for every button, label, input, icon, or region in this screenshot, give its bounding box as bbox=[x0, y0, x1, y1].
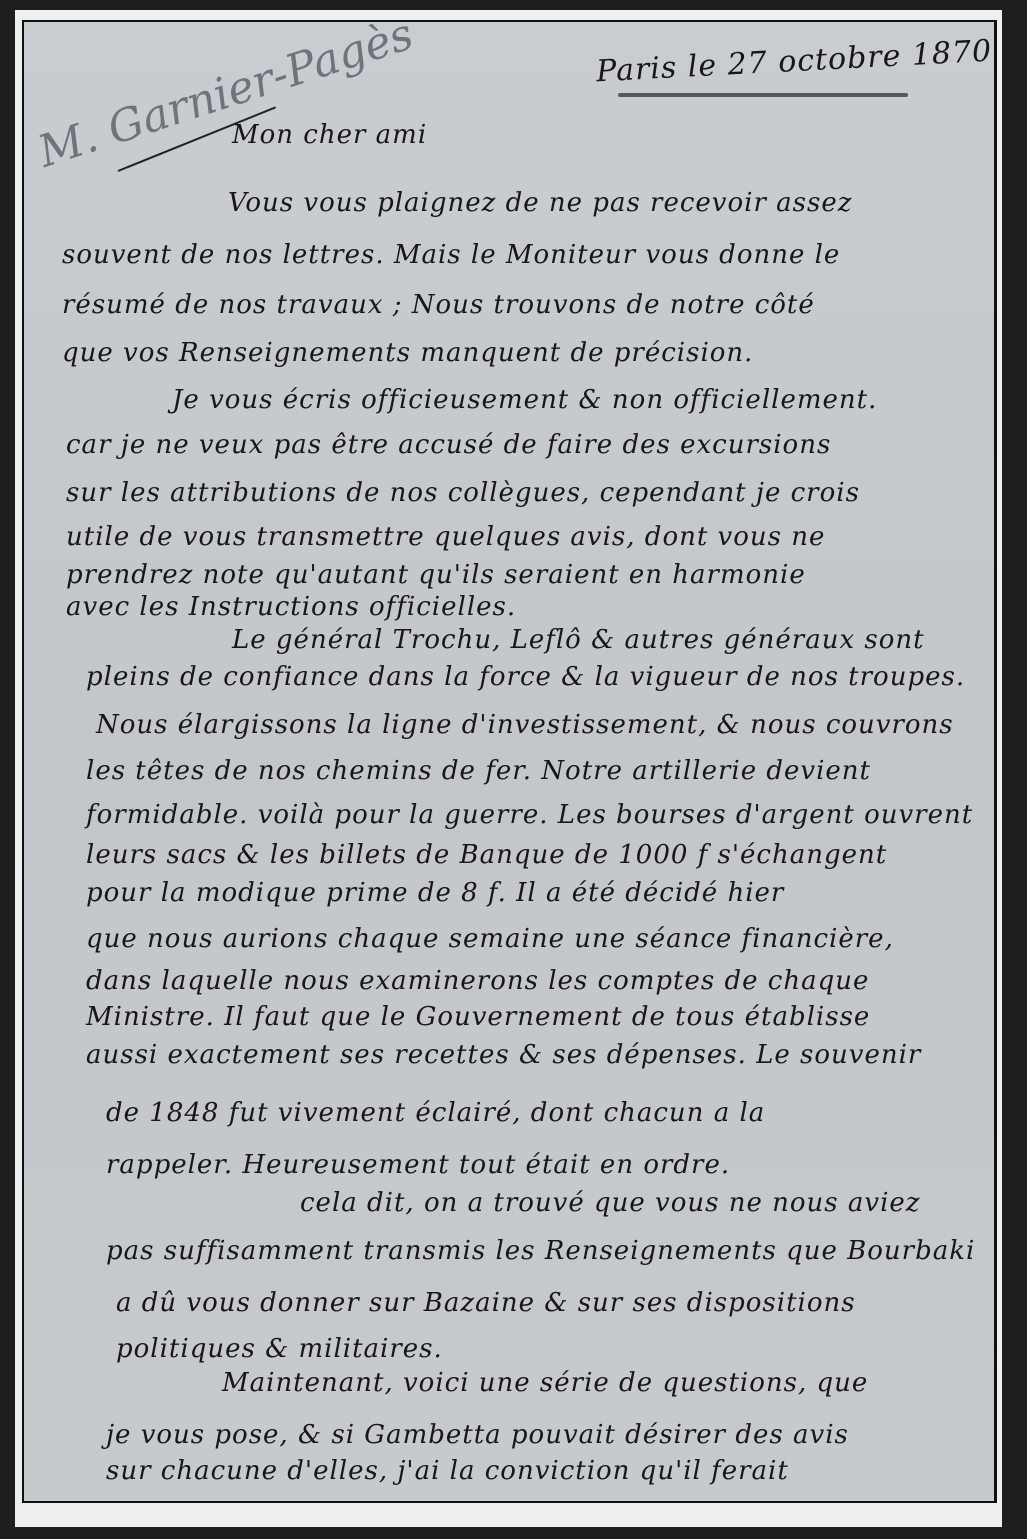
letter-line: formidable. voilà pour la guerre. Les bo… bbox=[86, 800, 973, 830]
letter-line: les têtes de nos chemins de fer. Notre a… bbox=[86, 756, 871, 786]
letter-line: dans laquelle nous examinerons les compt… bbox=[86, 966, 869, 996]
letter-line: que nous aurions chaque semaine une séan… bbox=[86, 924, 894, 954]
letter-line: Nous élargissons la ligne d'investisseme… bbox=[96, 710, 954, 740]
letter-line: sur les attributions de nos collègues, c… bbox=[66, 478, 860, 508]
letter-line: rappeler. Heureusement tout était en ord… bbox=[106, 1150, 730, 1180]
letter-line: utile de vous transmettre quelques avis,… bbox=[66, 522, 825, 552]
letter-line: avec les Instructions officielles. bbox=[66, 592, 516, 622]
letter-line: prendrez note qu'autant qu'ils seraient … bbox=[66, 560, 806, 590]
salutation: Mon cher ami bbox=[232, 120, 427, 150]
letter-line: résumé de nos travaux ; Nous trouvons de… bbox=[62, 290, 815, 320]
letter-line: de 1848 fut vivement éclairé, dont chacu… bbox=[106, 1098, 765, 1128]
letter-line: politiques & militaires. bbox=[116, 1334, 443, 1364]
letter-line: cela dit, on a trouvé que vous ne nous a… bbox=[300, 1188, 920, 1218]
letter-line: aussi exactement ses recettes & ses dépe… bbox=[86, 1040, 921, 1070]
letter-line: pleins de confiance dans la force & la v… bbox=[86, 662, 965, 692]
letter-line: a dû vous donner sur Bazaine & sur ses d… bbox=[116, 1288, 856, 1318]
letter-line: que vos Renseignements manquent de préci… bbox=[62, 338, 753, 368]
date-underline bbox=[618, 93, 908, 97]
letter-line: Le général Trochu, Leflô & autres généra… bbox=[232, 625, 925, 655]
letter-line: Je vous écris officieusement & non offic… bbox=[172, 385, 877, 415]
letter-line: pour la modique prime de 8 f. Il a été d… bbox=[86, 878, 784, 908]
letter-line: je vous pose, & si Gambetta pouvait dési… bbox=[106, 1420, 849, 1450]
letter-line: car je ne veux pas être accusé de faire … bbox=[66, 430, 831, 460]
letter-line: souvent de nos lettres. Mais le Moniteur… bbox=[62, 240, 840, 270]
letter-line: leurs sacs & les billets de Banque de 10… bbox=[86, 840, 887, 870]
letter-line: Vous vous plaignez de ne pas recevoir as… bbox=[228, 188, 852, 218]
letter-line: Maintenant, voici une série de questions… bbox=[222, 1368, 868, 1398]
letter-line: Ministre. Il faut que le Gouvernement de… bbox=[86, 1002, 870, 1032]
letter-line: pas suffisamment transmis les Renseignem… bbox=[106, 1236, 975, 1266]
letter-line: sur chacune d'elles, j'ai la conviction … bbox=[106, 1456, 789, 1486]
